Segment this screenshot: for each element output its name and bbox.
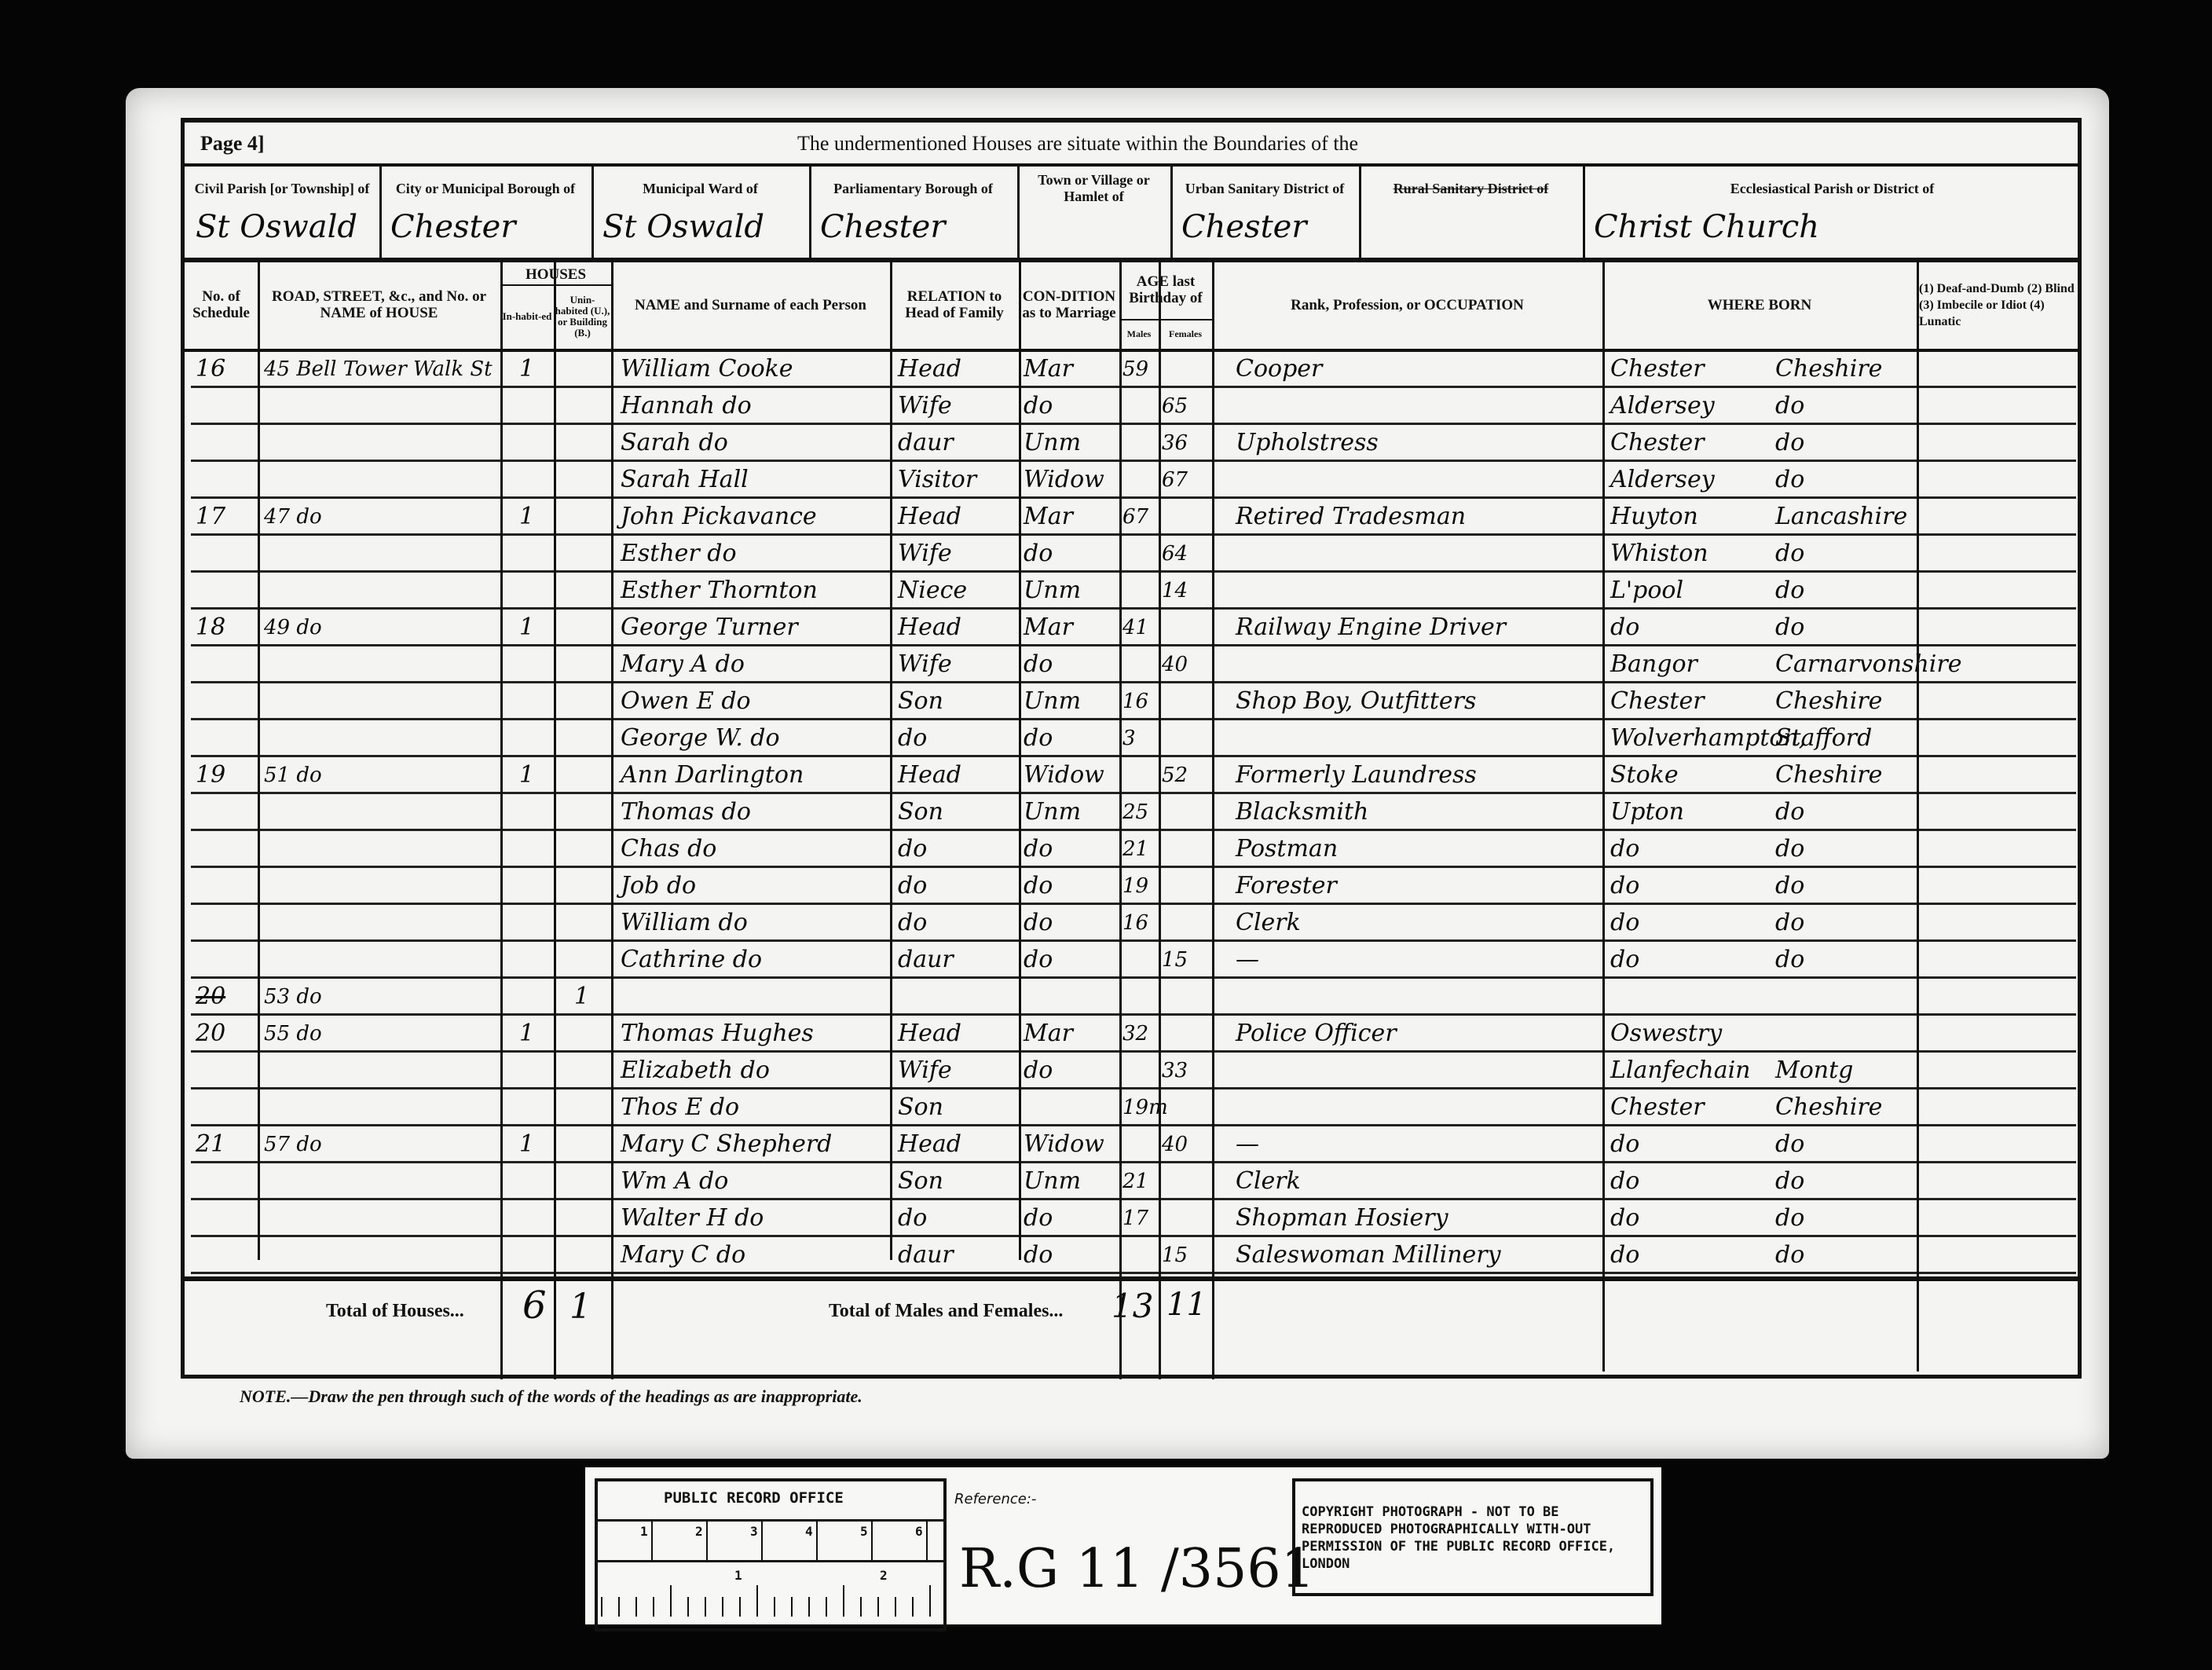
column-divider [1119, 262, 1122, 1372]
boundary-value: St Oswald [602, 209, 764, 245]
table-row: Hannah doWifedo65Alderseydo [185, 389, 2082, 426]
occupation-cell: Shop Boy, Outfitters [1236, 684, 1476, 719]
row-rule [191, 939, 2076, 942]
birthplace-cell: Huyton [1610, 500, 1698, 534]
males-age-cell: 19m [1122, 1090, 1168, 1125]
road-cell: 55 do [264, 1016, 322, 1051]
ruler-tick [651, 1519, 653, 1560]
birth-county-cell: do [1775, 426, 1804, 460]
relation-cell: do [898, 721, 927, 756]
row-rule [191, 1050, 2076, 1053]
ruler-tick [706, 1519, 708, 1560]
birthplace-cell: Chester [1610, 426, 1705, 460]
ruler-tick [895, 1597, 896, 1617]
table-row: Sarah dodaurUnm36UpholstressChesterdo [185, 426, 2082, 463]
row-rule [191, 903, 2076, 905]
boundary-heading: Town or Village or Hamlet of [1020, 170, 1167, 207]
road-cell: 51 do [264, 758, 322, 793]
occupation-cell: Upholstress [1236, 426, 1379, 460]
relation-cell: do [898, 832, 927, 866]
males-age-cell: 3 [1122, 721, 1136, 756]
column-divider [500, 1275, 503, 1379]
row-rule [191, 755, 2076, 757]
condition-cell: do [1024, 869, 1053, 903]
boundary-heading: City or Municipal Borough of [383, 170, 588, 207]
birth-county-cell: do [1775, 389, 1804, 423]
row-rule [191, 976, 2076, 979]
occupation-cell: Saleswoman Millinery [1236, 1238, 1501, 1273]
name-cell: Thos E do [621, 1090, 739, 1125]
name-cell: Mary C do [621, 1238, 745, 1273]
table-row: 1645 Bell Tower Walk St1William CookeHea… [185, 352, 2082, 389]
road-cell: 49 do [264, 610, 322, 645]
birthplace-cell: Whiston [1610, 537, 1708, 571]
column-divider [1159, 1275, 1161, 1379]
row-rule [191, 1087, 2076, 1090]
birth-county-cell: do [1775, 906, 1804, 940]
row-rule [191, 1272, 2076, 1274]
row-rule [191, 792, 2076, 794]
row-rule [191, 829, 2076, 831]
relation-cell: daur [898, 1238, 954, 1273]
relation-cell: Son [898, 1090, 943, 1125]
ruler-tick [687, 1597, 689, 1617]
females-age-cell: 15 [1162, 1238, 1188, 1273]
ruler-tick [774, 1597, 775, 1617]
birthplace-cell: Oswestry [1610, 1016, 1722, 1051]
divider [809, 166, 811, 258]
schedule-cell: 17 [196, 500, 225, 534]
table-row: Job dododo19Foresterdodo [185, 869, 2082, 906]
column-divider [1019, 262, 1021, 1260]
ruler-tick [761, 1519, 763, 1560]
males-age-cell: 21 [1122, 1164, 1148, 1199]
condition-cell: do [1024, 943, 1053, 977]
relation-cell: Head [898, 500, 961, 534]
birth-county-cell: Cheshire [1775, 352, 1882, 386]
ruler-tick [601, 1597, 602, 1617]
boundary-value: Chester [1181, 209, 1306, 245]
condition-cell: do [1024, 389, 1053, 423]
birthplace-cell: do [1610, 832, 1639, 866]
reference-number: R.G 11 /3561 [959, 1538, 1315, 1600]
boundary-heading: Ecclesiastical Parish or District of [1586, 170, 2078, 207]
males-age-cell: 25 [1122, 795, 1148, 830]
divider [1170, 166, 1173, 258]
birthplace-cell: do [1610, 1164, 1639, 1199]
ruler-number: 2 [880, 1568, 888, 1583]
males-age-cell: 16 [1122, 684, 1148, 719]
name-cell: Sarah do [621, 426, 728, 460]
name-cell: Walter H do [621, 1201, 764, 1236]
relation-cell: Head [898, 758, 961, 793]
column-divider [258, 262, 260, 1260]
birthplace-cell: Aldersey [1610, 389, 1715, 423]
table-row: Elizabeth doWifedo33LlanfechainMontg [185, 1053, 2082, 1090]
row-rule [191, 607, 2076, 610]
boundary-heading: Rural Sanitary District of [1362, 170, 1580, 207]
ruler-number: 1 [734, 1568, 742, 1583]
road-cell: 57 do [264, 1127, 322, 1162]
boundary-heading: Municipal Ward of [595, 170, 806, 207]
row-rule [191, 718, 2076, 720]
relation-cell: do [898, 1201, 927, 1236]
boundary-value: Chester [390, 209, 515, 245]
col-where-born: WHERE BORN [1605, 264, 1914, 346]
name-cell: Job do [621, 869, 696, 903]
divider [596, 1519, 945, 1522]
inhabited-cell: 1 [519, 1127, 534, 1162]
column-divider [1159, 262, 1161, 1372]
row-rule [191, 496, 2076, 499]
road-cell: 53 do [264, 980, 322, 1014]
uninhabited-cell: 1 [574, 980, 589, 1014]
condition-cell: do [1024, 906, 1053, 940]
birthplace-cell: do [1610, 610, 1639, 645]
name-cell: Elizabeth do [621, 1053, 770, 1088]
total-uninhabited: 1 [569, 1287, 591, 1327]
females-age-cell: 33 [1162, 1053, 1188, 1088]
table-row: 2055 do1Thomas HughesHeadMar32Police Off… [185, 1016, 2082, 1053]
ruler-tick [808, 1597, 810, 1617]
relation-cell: Son [898, 795, 943, 830]
relation-cell: Head [898, 1016, 961, 1051]
males-age-cell: 67 [1122, 500, 1148, 534]
occupation-cell: Clerk [1236, 1164, 1301, 1199]
birth-county-cell: do [1775, 832, 1804, 866]
ruler-tick [929, 1585, 931, 1617]
footnote: NOTE.—Draw the pen through such of the w… [240, 1386, 862, 1407]
table-row: 1747 do1John PickavanceHeadMar67Retired … [185, 500, 2082, 537]
relation-cell: Son [898, 684, 943, 719]
name-cell: Esther do [621, 537, 737, 571]
birthplace-cell: do [1610, 1201, 1639, 1236]
row-rule [191, 644, 2076, 646]
birth-county-cell: Cheshire [1775, 758, 1882, 793]
condition-cell: Unm [1024, 684, 1081, 719]
birth-county-cell: Stafford [1775, 721, 1872, 756]
relation-cell: Wife [898, 1053, 952, 1088]
col-name: NAME and Surname of each Person [613, 264, 888, 346]
column-divider [1119, 1275, 1122, 1379]
col-condition: CON-DITION as to Marriage [1021, 264, 1117, 346]
column-divider [611, 262, 613, 1372]
boundary-heading: Parliamentary Borough of [812, 170, 1014, 207]
name-cell: John Pickavance [621, 500, 817, 534]
page-number: Page 4] [200, 132, 265, 156]
birthplace-cell: do [1610, 906, 1639, 940]
females-age-cell: 52 [1162, 758, 1188, 793]
ruler-number: 2 [695, 1524, 703, 1539]
ruler-tick [826, 1597, 827, 1617]
boundary-value: Chester [820, 209, 945, 245]
condition-cell: Unm [1024, 795, 1081, 830]
ruler-tick [635, 1597, 637, 1617]
table-row: Esther doWifedo64Whistondo [185, 537, 2082, 573]
females-age-cell: 65 [1162, 389, 1188, 423]
occupation-cell: Railway Engine Driver [1236, 610, 1506, 645]
females-age-cell: 40 [1162, 1127, 1188, 1162]
road-cell: 45 Bell Tower Walk St [264, 352, 493, 386]
table-row: 2157 do1Mary C ShepherdHeadWidow40—dodo [185, 1127, 2082, 1164]
schedule-cell: 20 [196, 980, 225, 1014]
row-rule [191, 1235, 2076, 1237]
name-cell: Mary A do [621, 647, 745, 682]
column-divider [1602, 262, 1605, 1372]
ruler-tick [739, 1597, 741, 1617]
occupation-cell: Blacksmith [1236, 795, 1368, 830]
boundary-heading: Civil Parish [or Township] of [188, 170, 376, 207]
col-relation: RELATION to Head of Family [892, 264, 1016, 346]
females-age-cell: 15 [1162, 943, 1188, 977]
col-uninhabited: Unin-habited (U.), or Building (B.) [554, 286, 611, 347]
table-row: Cathrine dodaurdo15—dodo [185, 943, 2082, 980]
birthplace-cell: Llanfechain [1610, 1053, 1751, 1088]
birth-county-cell: do [1775, 463, 1804, 497]
schedule-cell: 18 [196, 610, 225, 645]
name-cell: Wm A do [621, 1164, 728, 1199]
ruler-tick [670, 1585, 672, 1617]
relation-cell: Niece [898, 573, 967, 608]
ruler-tick [871, 1519, 873, 1560]
divider [591, 166, 594, 258]
name-cell: George W. do [621, 721, 780, 756]
birth-county-cell: do [1775, 610, 1804, 645]
column-divider [1212, 1275, 1214, 1379]
relation-cell: do [898, 869, 927, 903]
schedule-cell: 19 [196, 758, 225, 793]
condition-cell: Unm [1024, 426, 1081, 460]
inhabited-cell: 1 [519, 610, 534, 645]
males-age-cell: 59 [1122, 352, 1148, 386]
ruler-tick [791, 1597, 793, 1617]
name-cell: Owen E do [621, 684, 751, 719]
table-row: Thos E doSon19mChesterCheshire [185, 1090, 2082, 1127]
ruler-tick [843, 1585, 844, 1617]
birthplace-cell: do [1610, 1127, 1639, 1162]
reference-label: Reference:- [954, 1491, 1036, 1507]
table-row: Walter H dododo17Shopman Hosierydodo [185, 1201, 2082, 1238]
divider [185, 1276, 2082, 1281]
birth-county-cell: do [1775, 1201, 1804, 1236]
condition-cell: do [1024, 721, 1053, 756]
condition-cell: do [1024, 1053, 1053, 1088]
table-row: Wm A doSonUnm21Clerkdodo [185, 1164, 2082, 1201]
row-rule [191, 866, 2076, 868]
birth-county-cell: do [1775, 1164, 1804, 1199]
row-rule [191, 460, 2076, 462]
condition-cell: do [1024, 832, 1053, 866]
office-name: PUBLIC RECORD OFFICE [664, 1489, 844, 1507]
copyright-notice: COPYRIGHT PHOTOGRAPH - NOT TO BE REPRODU… [1302, 1503, 1639, 1573]
row-rule [191, 570, 2076, 573]
condition-cell: do [1024, 537, 1053, 571]
table-row: Thomas doSonUnm25BlacksmithUptondo [185, 795, 2082, 832]
table-row: Chas dododo21Postmandodo [185, 832, 2082, 869]
males-age-cell: 16 [1122, 906, 1148, 940]
col-occupation: Rank, Profession, or OCCUPATION [1214, 264, 1600, 346]
relation-cell: Wife [898, 647, 952, 682]
ruler-tick [722, 1597, 723, 1617]
census-form: Page 4] The undermentioned Houses are si… [181, 118, 2082, 1379]
column-divider [611, 1275, 613, 1379]
condition-cell: Widow [1024, 463, 1104, 497]
birth-county-cell: Cheshire [1775, 1090, 1882, 1125]
table-row: 2053 do1 [185, 980, 2082, 1016]
ruler-number: 1 [640, 1524, 648, 1539]
total-persons-label: Total of Males and Females... [829, 1301, 1063, 1322]
table-row: Mary C dodaurdo15Saleswoman Millinerydod… [185, 1238, 2082, 1275]
boundary-value: St Oswald [196, 209, 357, 245]
total-houses-label: Total of Houses... [326, 1301, 464, 1322]
name-cell: Mary C Shepherd [621, 1127, 832, 1162]
column-divider [554, 1275, 556, 1379]
divider [1017, 166, 1020, 258]
condition-cell: do [1024, 1238, 1053, 1273]
females-age-cell: 64 [1162, 537, 1188, 571]
relation-cell: daur [898, 943, 954, 977]
col-road: ROAD, STREET, &c., and No. or NAME of HO… [260, 264, 498, 346]
name-cell: Hannah do [621, 389, 752, 423]
females-age-cell: 67 [1162, 463, 1188, 497]
condition-cell: Widow [1024, 758, 1104, 793]
ruler-tick [926, 1519, 928, 1560]
females-age-cell: 40 [1162, 647, 1188, 682]
occupation-cell: — [1236, 943, 1259, 977]
divider [1359, 166, 1361, 258]
birthplace-cell: Stoke [1610, 758, 1679, 793]
name-cell: Chas do [621, 832, 716, 866]
birth-county-cell: do [1775, 1238, 1804, 1273]
ruler-tick [618, 1597, 620, 1617]
name-cell: Thomas do [621, 795, 751, 830]
inhabited-cell: 1 [519, 758, 534, 793]
males-age-cell: 21 [1122, 832, 1148, 866]
occupation-cell: Postman [1236, 832, 1338, 866]
table-row: George W. dododo3Wolverhampton,Stafford [185, 721, 2082, 758]
ruler-tick [756, 1585, 758, 1617]
birth-county-cell: do [1775, 795, 1804, 830]
ruler-number: 5 [860, 1524, 868, 1539]
condition-cell: Mar [1024, 500, 1073, 534]
males-age-cell: 17 [1122, 1201, 1148, 1236]
column-divider [554, 262, 556, 1372]
col-infirmity: (1) Deaf-and-Dumb (2) Blind (3) Imbecile… [1919, 264, 2079, 346]
col-schedule: No. of Schedule [187, 264, 255, 346]
birthplace-cell: Upton [1610, 795, 1684, 830]
row-rule [191, 1198, 2076, 1200]
column-divider [1917, 262, 1919, 1372]
name-cell: Sarah Hall [621, 463, 749, 497]
occupation-cell: Shopman Hosiery [1236, 1201, 1448, 1236]
males-age-cell: 19 [1122, 869, 1148, 903]
males-age-cell: 41 [1122, 610, 1148, 645]
birth-county-cell: Cheshire [1775, 684, 1882, 719]
condition-cell: do [1024, 1201, 1053, 1236]
birth-county-cell: do [1775, 943, 1804, 977]
row-rule [191, 1124, 2076, 1126]
table-row: William dododo16Clerkdodo [185, 906, 2082, 943]
schedule-cell: 21 [196, 1127, 225, 1162]
birth-county-cell: do [1775, 1127, 1804, 1162]
condition-cell: Mar [1024, 1016, 1073, 1051]
name-cell: Esther Thornton [621, 573, 818, 608]
relation-cell: daur [898, 426, 954, 460]
females-age-cell: 14 [1162, 573, 1188, 608]
occupation-cell: — [1236, 1127, 1259, 1162]
col-females: Females [1159, 322, 1212, 346]
name-cell: Ann Darlington [621, 758, 804, 793]
relation-cell: Wife [898, 537, 952, 571]
condition-cell: Unm [1024, 573, 1081, 608]
divider [1583, 166, 1585, 258]
row-rule [191, 533, 2076, 536]
divider [185, 258, 2082, 262]
birthplace-cell: Bangor [1610, 647, 1697, 682]
birth-county-cell: Lancashire [1775, 500, 1907, 534]
col-age: AGE last Birthday of [1119, 264, 1212, 316]
ruler-tick [705, 1597, 706, 1617]
boundary-heading: Urban Sanitary District of [1174, 170, 1356, 207]
name-cell: William Cooke [621, 352, 793, 386]
name-cell: Thomas Hughes [621, 1016, 814, 1051]
row-rule [191, 681, 2076, 683]
name-cell: William do [621, 906, 748, 940]
col-males: Males [1119, 322, 1159, 346]
condition-cell: do [1024, 647, 1053, 682]
table-row: Owen E doSonUnm16Shop Boy, OutfittersChe… [185, 684, 2082, 721]
birth-county-cell: do [1775, 869, 1804, 903]
column-divider [890, 262, 892, 1260]
birth-county-cell: do [1775, 573, 1804, 608]
ruler-number: 4 [805, 1524, 813, 1539]
ruler-number: 6 [915, 1524, 923, 1539]
column-divider [1212, 262, 1214, 1372]
birthplace-cell: Chester [1610, 1090, 1705, 1125]
table-row: Mary A doWifedo40BangorCarnarvonshire [185, 647, 2082, 684]
birthplace-cell: L'pool [1610, 573, 1683, 608]
birthplace-cell: Chester [1610, 352, 1705, 386]
condition-cell: Widow [1024, 1127, 1104, 1162]
name-cell: Cathrine do [621, 943, 762, 977]
males-age-cell: 32 [1122, 1016, 1148, 1051]
relation-cell: Son [898, 1164, 943, 1199]
schedule-cell: 20 [196, 1016, 225, 1051]
occupation-cell: Police Officer [1236, 1016, 1397, 1051]
birthplace-cell: do [1610, 943, 1639, 977]
ruler-tick [653, 1597, 654, 1617]
birthplace-cell: Aldersey [1610, 463, 1715, 497]
divider [596, 1560, 945, 1562]
relation-cell: Head [898, 1127, 961, 1162]
column-divider [500, 262, 503, 1372]
divider [185, 163, 2082, 167]
row-rule [191, 386, 2076, 388]
condition-cell: Mar [1024, 352, 1073, 386]
ruler-tick [912, 1597, 914, 1617]
table-row: Sarah HallVisitorWidow67Alderseydo [185, 463, 2082, 500]
boundaries-heading: The undermentioned Houses are situate wi… [797, 132, 1358, 156]
row-rule [191, 1013, 2076, 1016]
relation-cell: do [898, 906, 927, 940]
ruler-tick [860, 1597, 862, 1617]
condition-cell: Unm [1024, 1164, 1081, 1199]
ruler-tick [877, 1597, 879, 1617]
relation-cell: Head [898, 352, 961, 386]
total-males: 13 [1111, 1287, 1153, 1325]
females-age-cell: 36 [1162, 426, 1188, 460]
occupation-cell: Formerly Laundress [1236, 758, 1477, 793]
